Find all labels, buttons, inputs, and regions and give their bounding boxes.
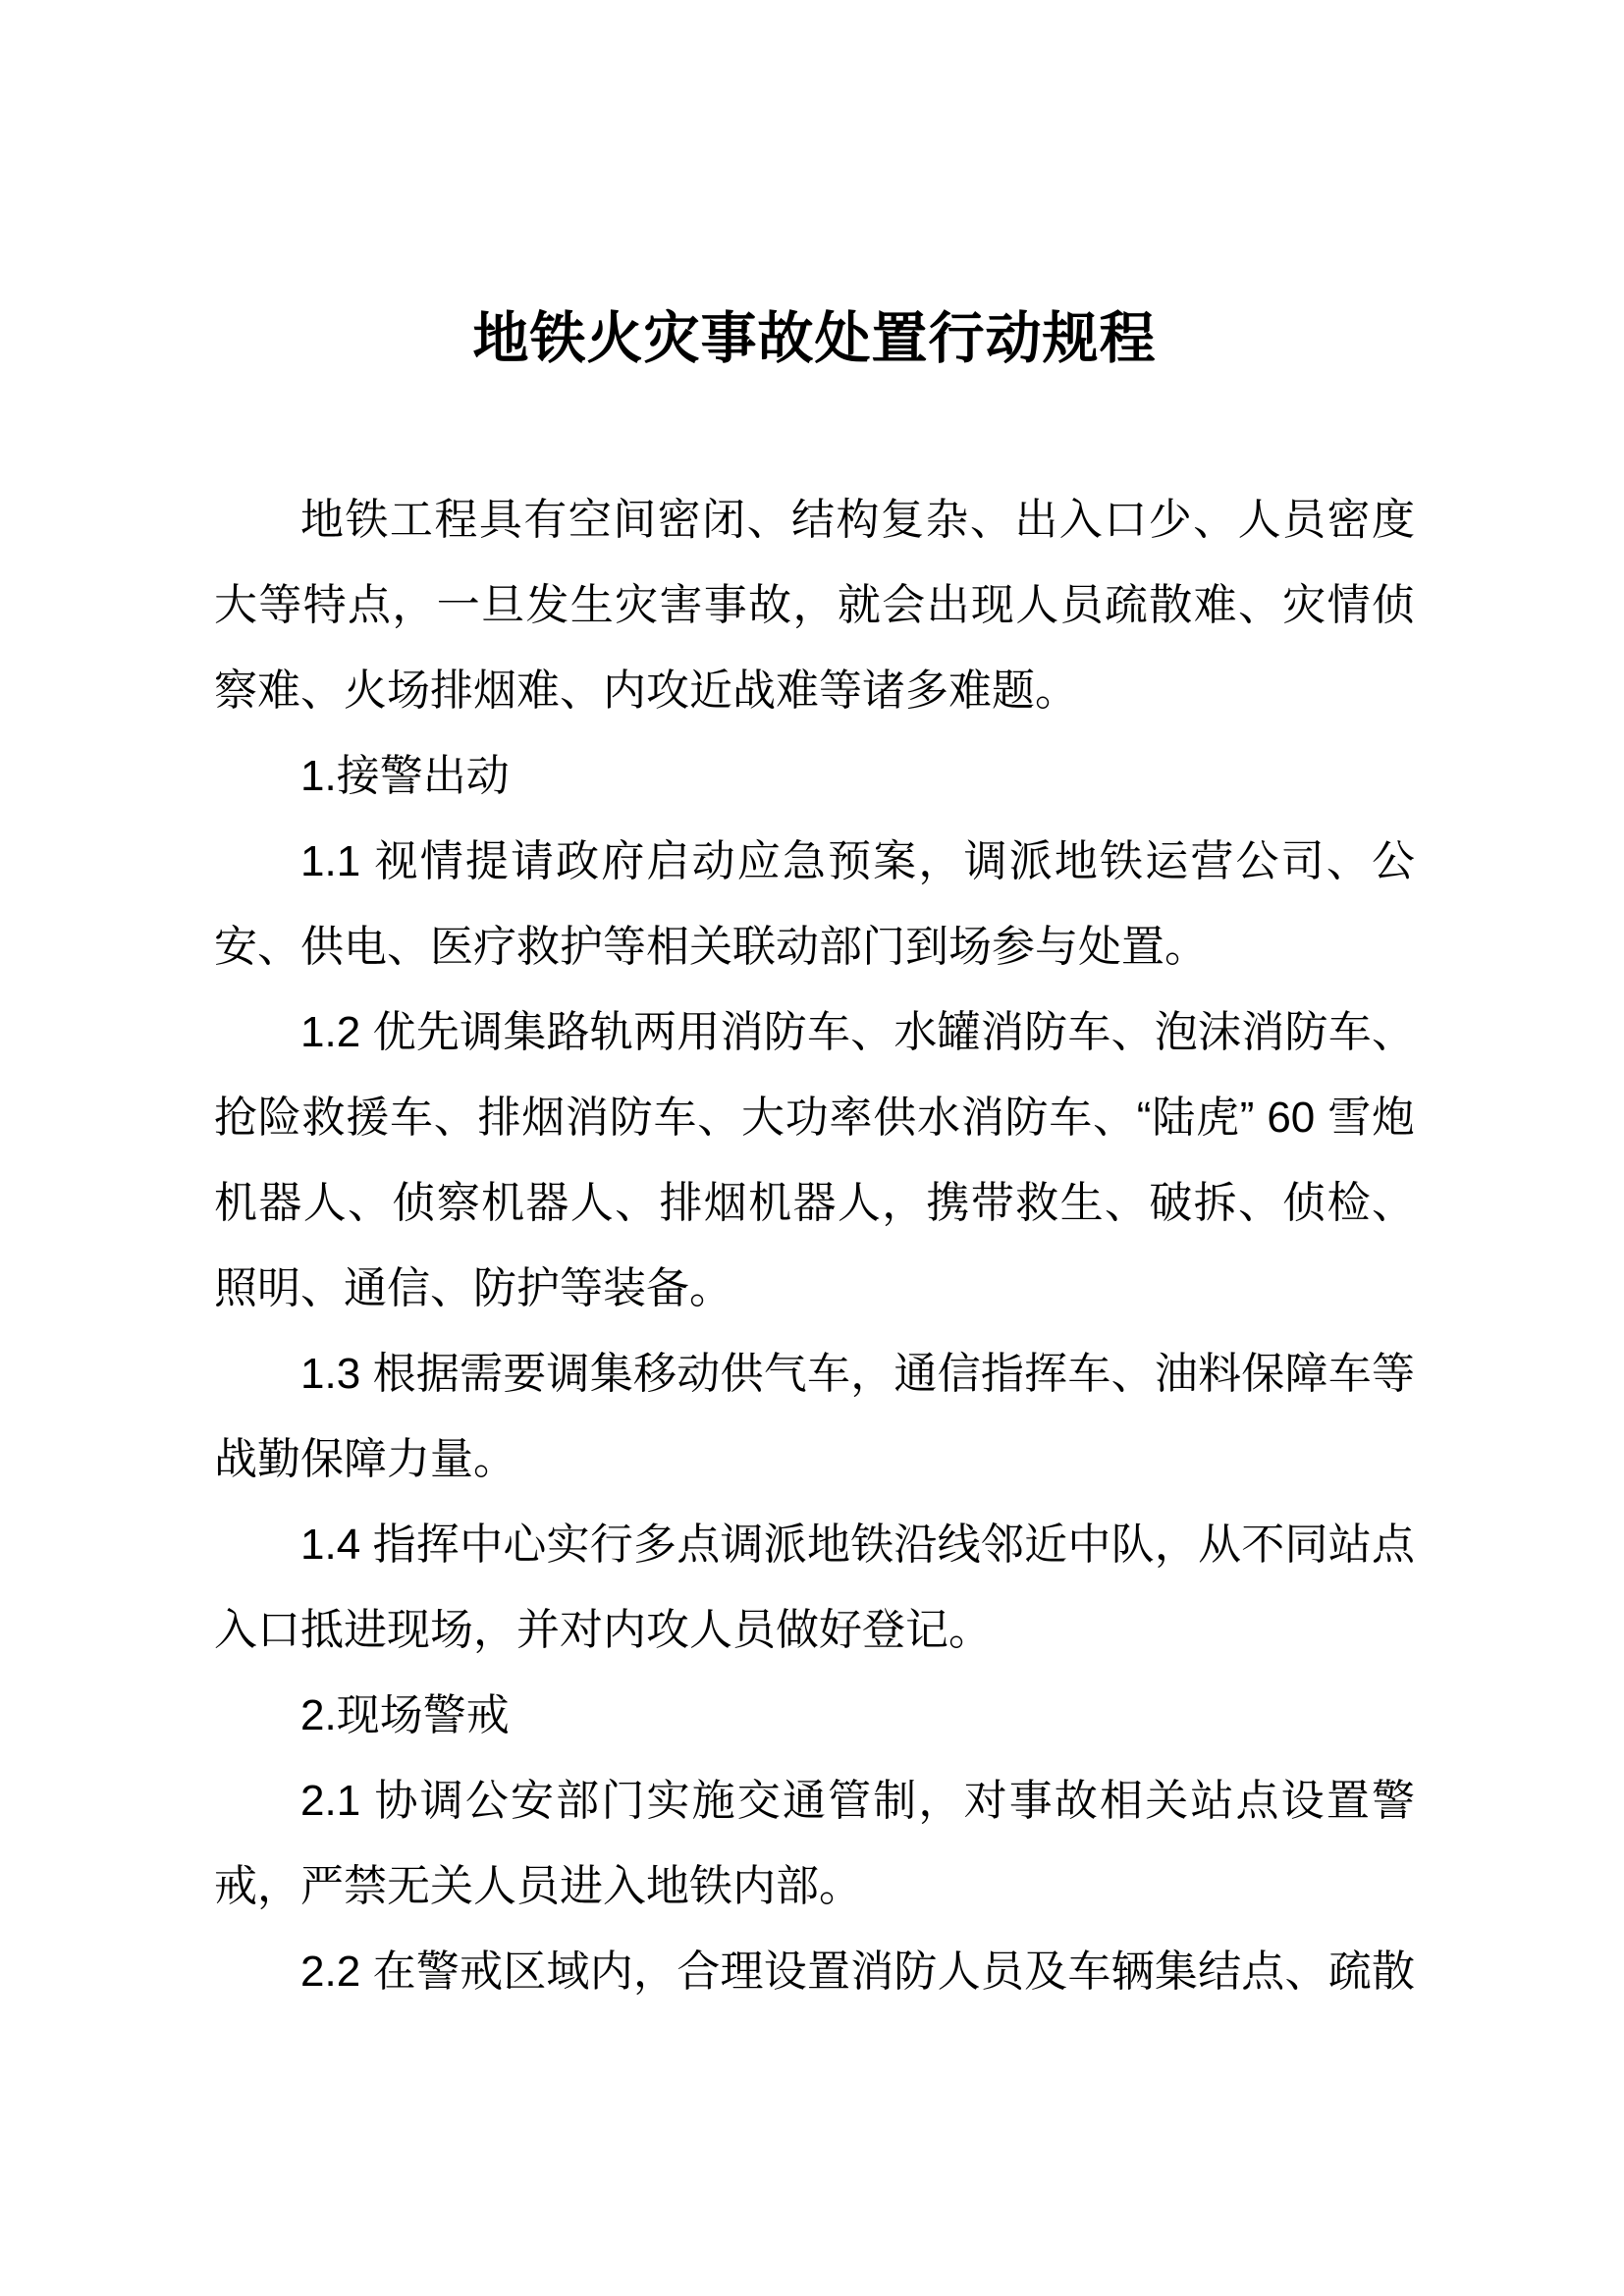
paragraph-1-4: 1.4 指挥中心实行多点调派地铁沿线邻近中队，从不同站点入口抵进现场，并对内攻人…: [214, 1502, 1415, 1673]
document-page: 地铁火灾事故处置行动规程 地铁工程具有空间密闭、结构复杂、出入口少、人员密度大等…: [0, 0, 1624, 2296]
paragraph-1-2: 1.2 优先调集路轨两用消防车、水罐消防车、泡沫消防车、抢险救援车、排烟消防车、…: [214, 989, 1415, 1331]
paragraph-1-3: 1.3 根据需要调集移动供气车，通信指挥车、油料保障车等战勤保障力量。: [214, 1331, 1415, 1502]
paragraph-intro: 地铁工程具有空间密闭、结构复杂、出入口少、人员密度大等特点，一旦发生灾害事故，就…: [214, 477, 1415, 733]
paragraph-2-2-truncated: 2.2 在警戒区域内，合理设置消防人员及车辆集结点、疏散: [214, 1929, 1415, 2014]
paragraph-2-1: 2.1 协调公安部门实施交通管制，对事故相关站点设置警戒，严禁无关人员进入地铁内…: [214, 1758, 1415, 1929]
paragraph-1-1: 1.1 视情提请政府启动应急预案，调派地铁运营公司、公安、供电、医疗救护等相关联…: [214, 819, 1415, 989]
document-title: 地铁火灾事故处置行动规程: [214, 294, 1415, 383]
heading-section-1-dispatch: 1.接警出动: [214, 733, 1415, 819]
heading-section-2-cordon: 2.现场警戒: [214, 1673, 1415, 1758]
